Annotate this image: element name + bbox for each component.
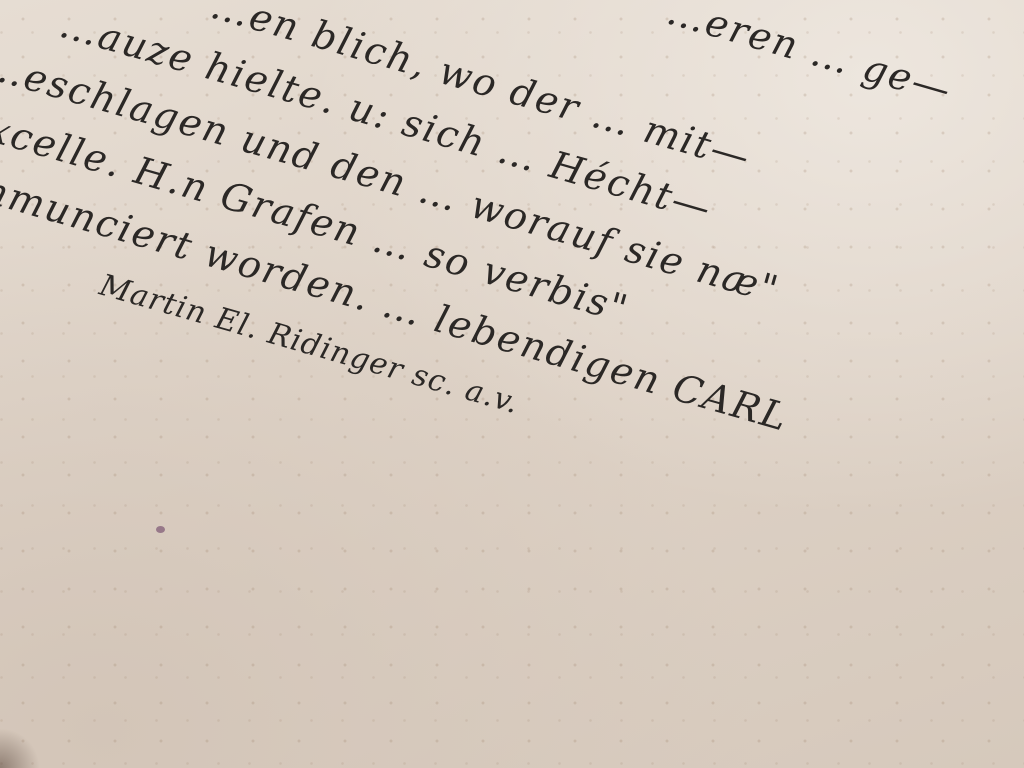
inscription-line-1: …eren … ge—: [662, 0, 957, 112]
ink-spot: [156, 526, 165, 533]
corner-shadow: [0, 728, 40, 768]
engraved-inscription: …eren … ge— …en blich, wo der … mit— …au…: [0, 0, 1024, 271]
line-text: …eren … ge—: [662, 0, 957, 112]
